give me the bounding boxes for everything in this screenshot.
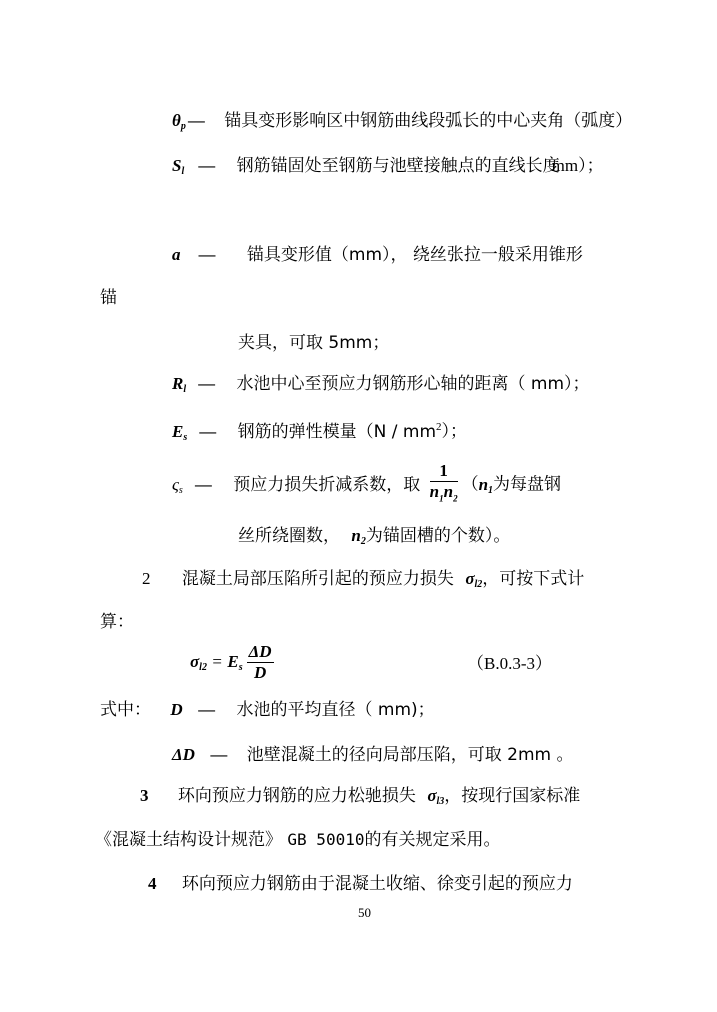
clause-tail: ，可按下式计 <box>482 569 584 589</box>
symbol-text: E <box>172 422 183 441</box>
clause-text: 环向预应力钢筋由于混凝土收缩、徐变引起的预应力 <box>182 874 573 894</box>
symbol-n2: n2 <box>351 526 365 545</box>
clause-tail: ，按现行国家标准 <box>444 786 580 806</box>
clause-text: 混凝土局部压陷所引起的预应力损失 <box>182 569 454 589</box>
em-dash: — <box>198 374 215 394</box>
where-text: 池壁混凝土的径向局部压陷，可取 2mm 。 <box>247 745 574 765</box>
definition-a-continuation: 夹具，可取 5mm； <box>238 333 389 353</box>
symbol-theta-p: θp <box>172 111 186 130</box>
denom-sub: 2 <box>453 493 458 503</box>
symbol-delta-d: ΔD <box>172 745 195 764</box>
definition-text: 水池中心至预应力钢筋形心轴的距离（ mm）； <box>237 374 590 394</box>
clause-4: 4 环向预应力钢筋由于混凝土收缩、徐变引起的预应力 <box>148 874 573 894</box>
clause-number: 4 <box>148 874 157 893</box>
n2-text: 为锚固槽的个数）。 <box>366 526 511 546</box>
where-item-d: 式中： D — 水池的平均直径（ mm)； <box>100 700 435 720</box>
symbol-sigma-l3: σl3 <box>427 786 444 805</box>
formula-lhs: σl2 <box>190 652 207 671</box>
definition-text: 锚具变形影响区中钢筋曲线段弧长的中心夹角（弧度） <box>224 111 632 131</box>
where-text: 水池的平均直径（ mm)； <box>237 700 435 720</box>
definition-text: 锚具变形值（mm）， 绕丝张拉一般采用锥形 <box>247 245 583 265</box>
formula-coef: Es <box>227 652 242 671</box>
formula-b-0-3-3: σl2 = Es ΔD D <box>190 642 278 686</box>
continuation-text: 夹具，可取 5mm； <box>238 333 389 353</box>
symbol-text: n <box>351 526 360 545</box>
formula-label: （B.0.3-3） <box>467 654 552 674</box>
symbol-a: a <box>172 245 181 264</box>
symbol-varsigma-s: ςs <box>172 475 183 494</box>
where-item-delta-d: ΔD — 池壁混凝土的径向局部压陷，可取 2mm 。 <box>172 745 574 765</box>
page-number: 50 <box>358 905 371 921</box>
symbol-s-l: Sl <box>172 156 184 175</box>
where-label: 式中： <box>100 700 151 720</box>
definition-a-wrap: 锚 <box>100 288 117 308</box>
definition-varsigma-s: ςs— 预应力损失折减系数，取 1 n1n2 （n1为每盘钢 <box>172 462 561 506</box>
symbol-subscript: p <box>181 121 186 132</box>
clause-text: 的有关规定采用。 <box>364 830 500 850</box>
formula-fraction: ΔD D <box>247 643 274 682</box>
symbol-r-l: Rl <box>172 374 186 393</box>
symbol-d: D <box>170 700 182 719</box>
tail-text: ）； <box>442 422 468 442</box>
wrapped-text: 锚 <box>100 288 117 308</box>
symbol-text: E <box>227 652 238 671</box>
standard-title: 《混凝土结构设计规范》 <box>95 830 282 850</box>
symbol-subscript: l <box>183 384 186 395</box>
fraction-numerator: 1 <box>430 462 458 482</box>
symbol-text: R <box>172 374 183 393</box>
clause-number: 3 <box>140 786 149 805</box>
clause-text: 环向预应力钢筋的应力松驰损失 <box>178 786 416 806</box>
definition-text: 钢筋锚固处至钢筋与池壁接触点的直线长度 <box>237 156 560 176</box>
em-dash: — <box>195 465 212 505</box>
symbol-e-s: Es <box>172 422 187 441</box>
symbol-subscript: s <box>183 432 187 443</box>
definition-e-s: Es— 钢筋的弹性模量（N / mm2）； <box>172 417 467 448</box>
definition-text: 预应力损失折减系数，取 <box>233 475 420 495</box>
definition-text: 钢筋的弹性模量（N / mm <box>238 422 436 442</box>
fraction-numerator: ΔD <box>247 643 274 663</box>
standard-code: GB 50010 <box>287 830 364 849</box>
clause-2: 2 混凝土局部压陷所引起的预应力损失 σl2，可按下式计 <box>142 569 584 595</box>
fraction-denominator: D <box>247 663 274 682</box>
definition-theta-p: θp— 锚具变形影响区中钢筋曲线段弧长的中心夹角（弧度） <box>172 111 632 137</box>
em-dash: — <box>188 111 205 131</box>
unit-text: mm）； <box>552 156 604 175</box>
clause-number: 2 <box>142 569 151 588</box>
symbol-text: n <box>479 475 488 494</box>
wrapped-text: 算： <box>100 612 134 632</box>
clause-3: 3 环向预应力钢筋的应力松驰损失 σl3，按现行国家标准 <box>140 786 580 812</box>
symbol-text: θ <box>172 111 181 130</box>
continuation-text: 丝所绕圈数， <box>238 526 340 546</box>
em-dash: — <box>199 422 216 442</box>
n1-text: 为每盘钢 <box>493 475 561 495</box>
em-dash: — <box>198 156 215 176</box>
em-dash: — <box>198 700 215 720</box>
clause-3-line-2: 《混凝土结构设计规范》 GB 50010的有关规定采用。 <box>95 830 500 850</box>
symbol-subscript: s <box>179 485 183 496</box>
symbol-text: σ <box>190 652 199 671</box>
paren-open: （ <box>462 475 479 495</box>
symbol-sigma-l2: σl2 <box>465 569 482 588</box>
fraction-1-over-n1n2: 1 n1n2 <box>430 462 458 507</box>
definition-a: a— 锚具变形值（mm）， 绕丝张拉一般采用锥形 <box>172 245 583 265</box>
definition-r-l: Rl— 水池中心至预应力钢筋形心轴的距离（ mm）； <box>172 374 590 400</box>
fraction-denominator: n1n2 <box>430 482 458 507</box>
symbol-n1: n1 <box>479 475 493 494</box>
em-dash: — <box>210 745 227 765</box>
symbol-subscript: l2 <box>199 662 207 673</box>
denom-n: n <box>444 482 453 501</box>
equals-sign: = <box>212 652 222 671</box>
denom-n: n <box>430 482 439 501</box>
symbol-text: ς <box>172 475 179 494</box>
definition-s-l: Sl— 钢筋锚固处至钢筋与池壁接触点的直线长度mm）； <box>172 156 604 182</box>
symbol-subscript: l <box>181 166 184 177</box>
definition-varsigma-continuation: 丝所绕圈数， n2为锚固槽的个数）。 <box>238 526 510 552</box>
symbol-subscript: s <box>239 662 243 673</box>
em-dash: — <box>199 245 216 265</box>
clause-2-wrap: 算： <box>100 612 134 632</box>
